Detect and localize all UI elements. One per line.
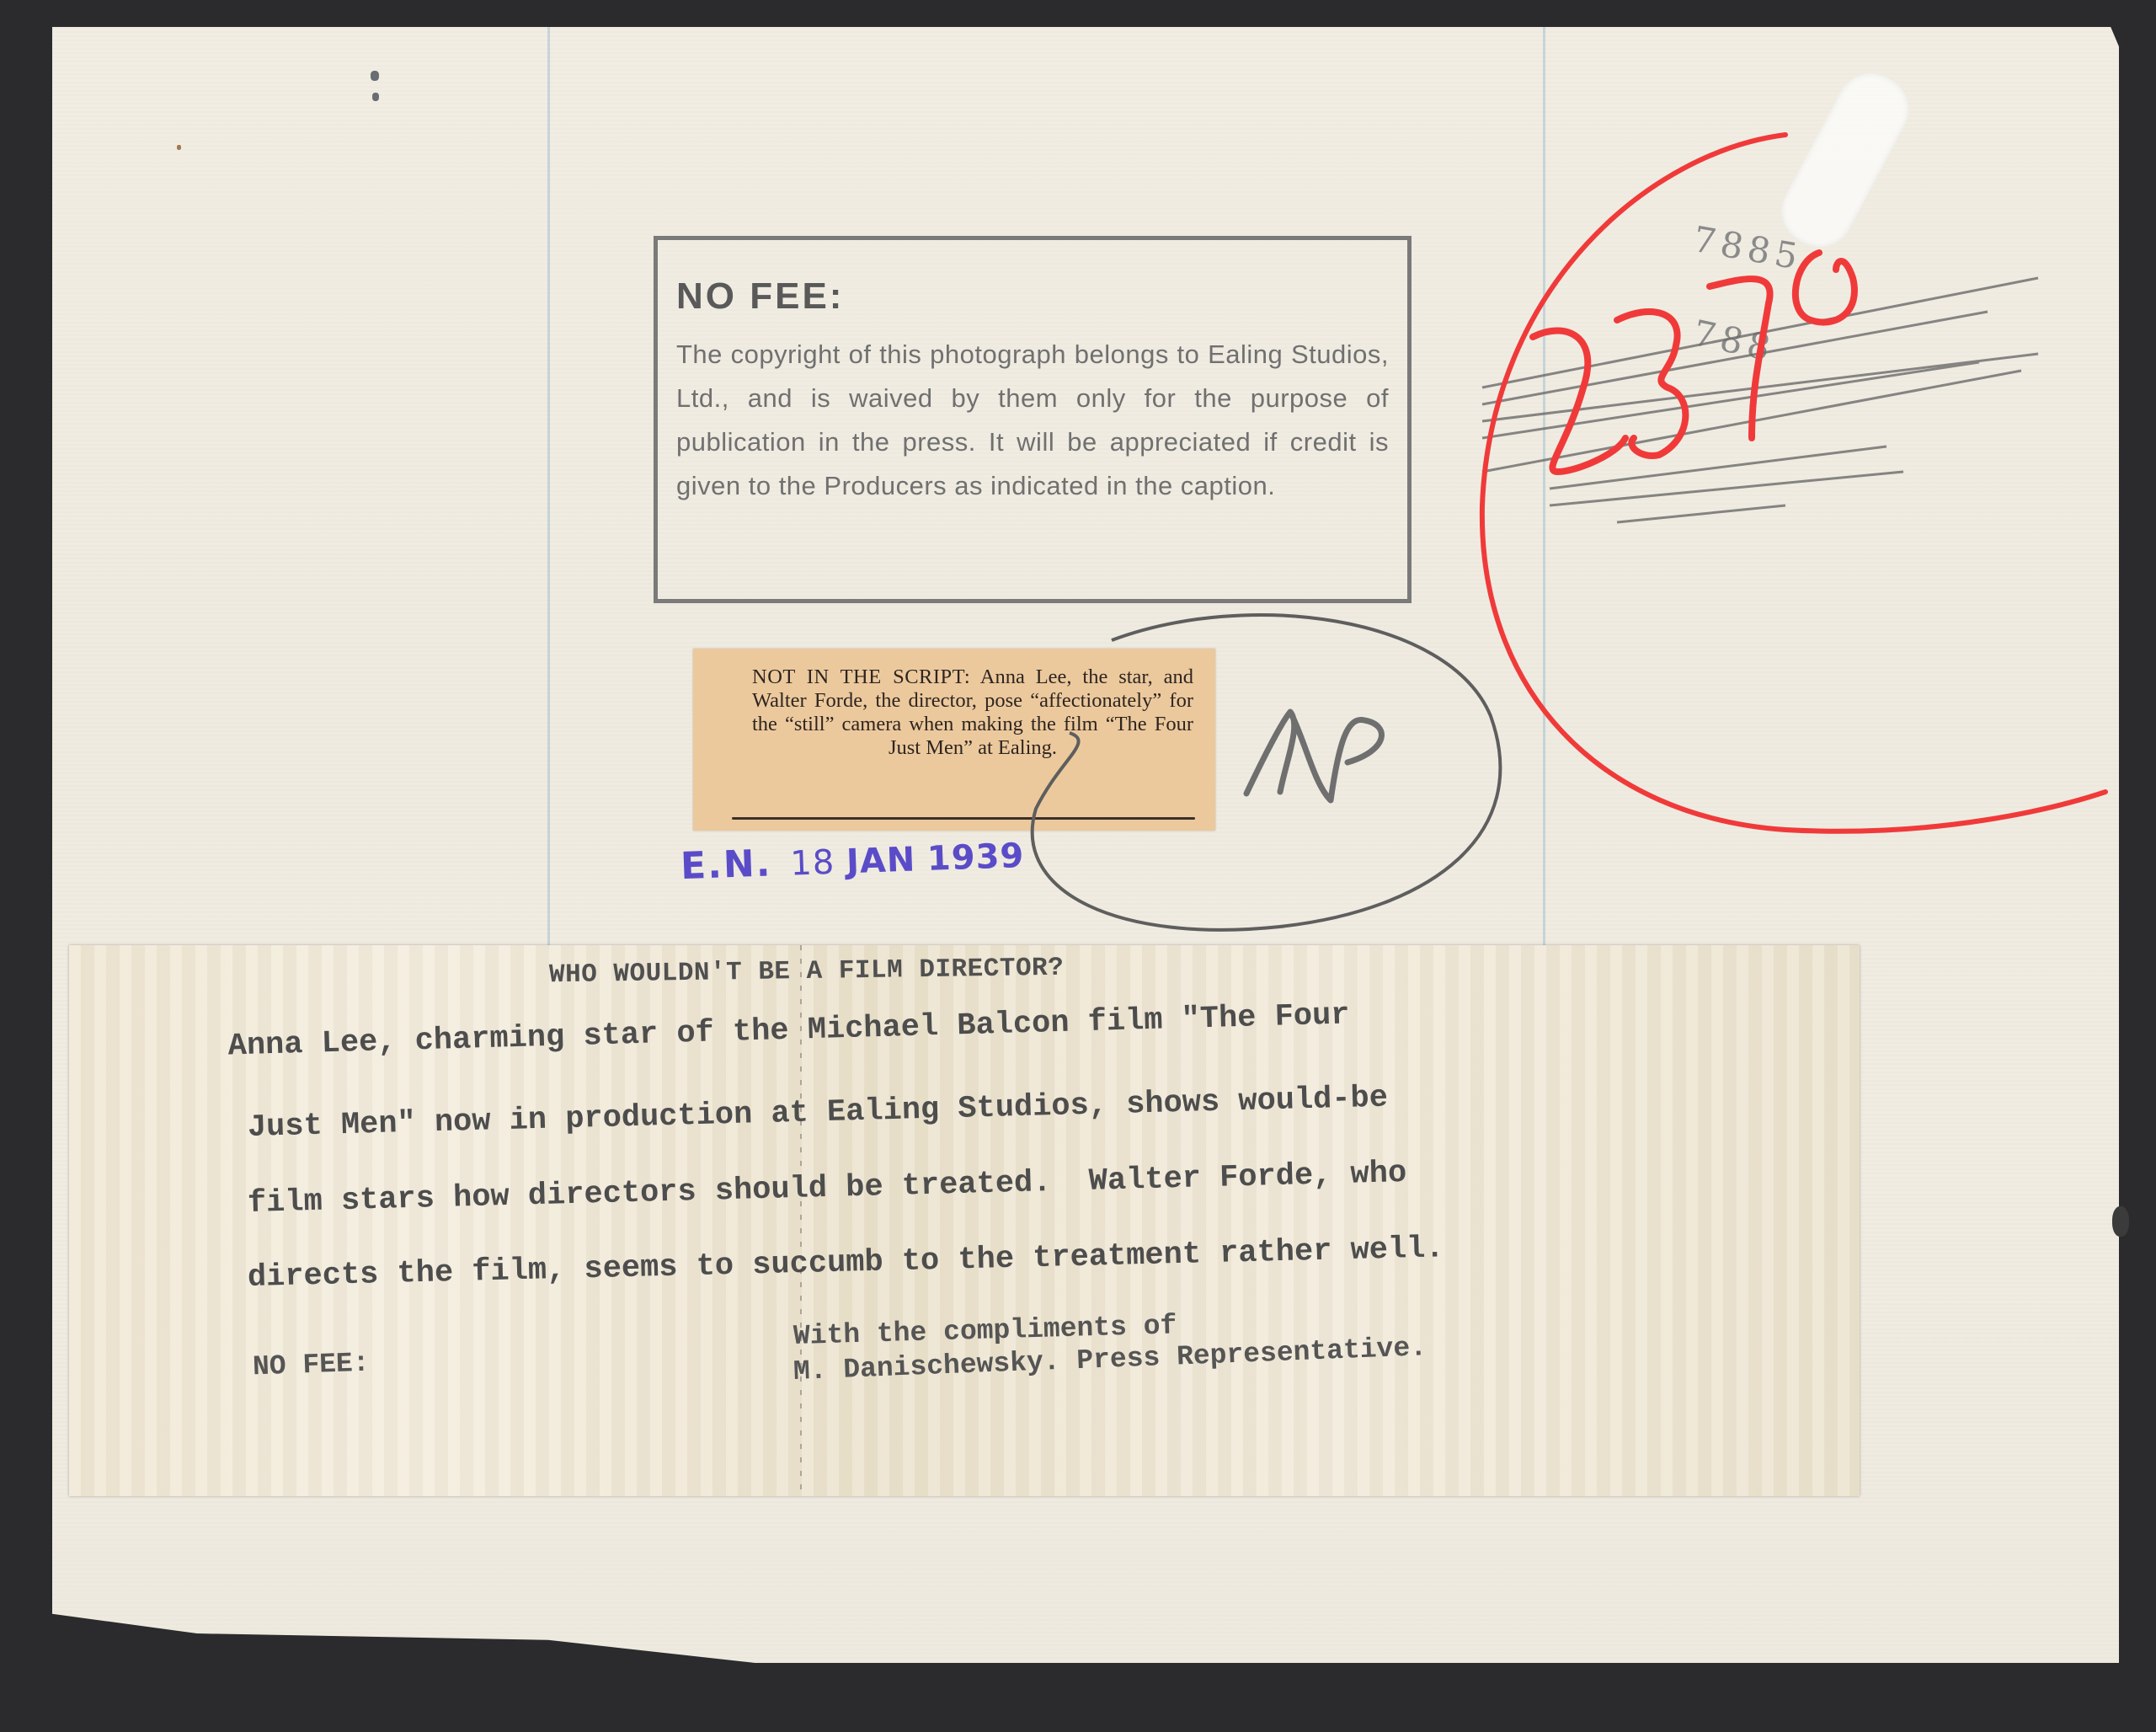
copyright-stamp: NO FEE: The copyright of this photograph…	[654, 236, 1412, 603]
caption-line: Anna Lee, charming star of the Michael B…	[152, 997, 1350, 1066]
ink-fleck	[177, 145, 181, 150]
newspaper-clipping: NOT IN THE SCRIPT: Anna Lee, the star, a…	[693, 649, 1215, 831]
caption-line: directs the film, seems to succumb to th…	[247, 1231, 1444, 1296]
typed-caption-sheet: WHO WOULDN'T BE A FILM DIRECTOR? Anna Le…	[69, 945, 1860, 1496]
date-stamp-month: JAN	[846, 840, 916, 881]
copyright-stamp-title: NO FEE:	[676, 275, 1389, 318]
ink-blot	[2112, 1206, 2129, 1237]
guide-line	[547, 27, 550, 954]
clipping-lead: NOT IN THE SCRIPT:	[752, 666, 970, 688]
date-stamp-date: 18 JAN 1939	[790, 837, 1025, 884]
caption-line: film stars how directors should be treat…	[247, 1156, 1406, 1221]
caption-line: Just Men" now in production at Ealing St…	[247, 1081, 1388, 1146]
date-stamp-code: E.N.	[680, 842, 772, 888]
date-stamp-year: 1939	[926, 837, 1025, 879]
clipping-text: NOT IN THE SCRIPT: Anna Lee, the star, a…	[752, 666, 1193, 760]
caption-headline: WHO WOULDN'T BE A FILM DIRECTOR?	[549, 954, 1065, 991]
copyright-stamp-body: The copyright of this photograph belongs…	[676, 333, 1389, 508]
ink-fleck	[371, 71, 379, 81]
clipping-rule	[732, 817, 1195, 820]
ink-fleck	[372, 93, 379, 101]
caption-no-fee: NO FEE:	[252, 1348, 370, 1383]
date-stamp-day: 18	[790, 843, 835, 884]
guide-line	[1543, 27, 1545, 954]
